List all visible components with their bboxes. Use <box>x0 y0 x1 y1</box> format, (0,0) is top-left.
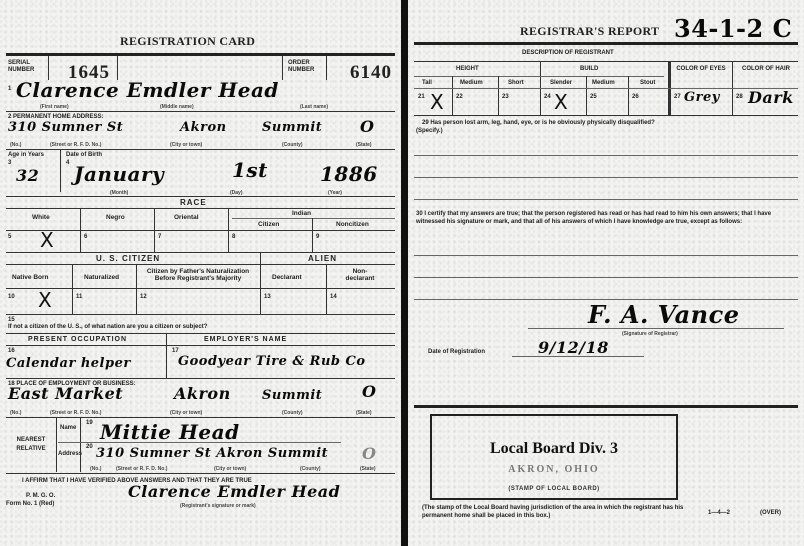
nearest-relative-label: NEAREST RELATIVE <box>8 436 54 454</box>
divider <box>414 61 798 62</box>
field-number: 20 <box>86 444 93 450</box>
field-number: 16 <box>8 348 15 354</box>
serial-label: SERIAL NUMBER <box>8 60 38 74</box>
divider <box>60 150 61 192</box>
build-col: Stout <box>640 80 655 86</box>
divider <box>56 418 57 472</box>
height-heading: HEIGHT <box>456 66 479 72</box>
stamp-instructions: (The stamp of the Local Board having jur… <box>422 504 692 520</box>
build-heading: BUILD <box>580 66 598 72</box>
divider <box>414 115 798 116</box>
divider <box>414 405 798 408</box>
field-number: 21 <box>418 94 425 100</box>
race-col: White <box>32 214 50 221</box>
dob-label: Date of Birth <box>66 152 102 158</box>
divider <box>6 288 395 289</box>
divider <box>498 76 499 115</box>
caption: (State) <box>356 142 372 148</box>
relative-address: 310 Sumner St Akron Summit <box>96 446 328 461</box>
caption: (Last name) <box>300 104 328 110</box>
field-number: 19 <box>86 420 93 426</box>
caption: (Street or R. F. D. No.) <box>50 410 101 416</box>
alien-heading: ALIEN <box>308 254 337 263</box>
divider <box>586 76 587 115</box>
field-number: 6 <box>84 234 87 240</box>
divider <box>628 76 629 115</box>
file-number: 34-1-2 C <box>674 14 792 43</box>
caption: (County) <box>300 466 321 472</box>
field-number: 8 <box>232 234 235 240</box>
divider <box>166 334 167 378</box>
field-number: 5 <box>8 234 11 240</box>
citizen-col: Native Born <box>12 274 48 281</box>
nation-question: If not a citizen of the U. S., of what n… <box>8 324 207 330</box>
relative-name-label: Name <box>60 425 76 431</box>
height-col: Tall <box>422 80 432 86</box>
divider <box>6 264 395 265</box>
field-number: 23 <box>502 94 509 100</box>
employment-county: Summit <box>262 388 322 403</box>
divider <box>6 111 395 112</box>
field-number: 10 <box>8 294 15 300</box>
signature-caption: (Signature of Registrar) <box>622 331 678 337</box>
white-checkmark: X <box>40 228 54 252</box>
registrar-signature: F. A. Vance <box>588 300 739 329</box>
divider <box>414 88 798 89</box>
question-29-specify: (Specify.) <box>416 128 443 134</box>
field-number: 4 <box>66 160 69 166</box>
order-number: 6140 <box>350 62 392 84</box>
field-number: 28 <box>736 94 743 100</box>
birth-month: January <box>74 162 164 186</box>
divider <box>6 473 395 474</box>
order-label: ORDER NUMBER <box>288 60 324 74</box>
caption: (No.) <box>10 410 21 416</box>
divider <box>117 56 118 80</box>
divider <box>72 264 73 314</box>
stamp-caption: (STAMP OF LOCAL BOARD) <box>432 486 676 492</box>
birth-day: 1st <box>232 158 268 182</box>
divider <box>6 196 395 197</box>
caption: (First name) <box>40 104 69 110</box>
answer-line <box>414 199 798 200</box>
field-number: 12 <box>140 294 147 300</box>
caption: (State) <box>360 466 376 472</box>
age-value: 32 <box>16 166 39 185</box>
report-title: REGISTRAR'S REPORT <box>520 24 659 39</box>
employment-city: Akron <box>174 384 231 403</box>
relative-state: O <box>362 444 376 463</box>
divider <box>326 56 327 80</box>
caption: (Street or R. F. D. No.) <box>116 466 167 472</box>
height-col: Medium <box>460 80 483 86</box>
employer-heading: EMPLOYER'S NAME <box>204 336 287 343</box>
card-title: REGISTRATION CARD <box>120 34 255 49</box>
caption: (Street or R. F. D. No.) <box>50 142 101 148</box>
us-citizen-heading: U. S. CITIZEN <box>96 254 160 263</box>
relative-address-label: Address <box>58 451 82 457</box>
field-number: 14 <box>330 294 337 300</box>
build-col: Medium <box>592 80 615 86</box>
signature-line <box>528 328 784 329</box>
eye-color: Grey <box>684 90 720 105</box>
registrant-name: Clarence Emdler Head <box>16 78 279 102</box>
caption: (No.) <box>90 466 101 472</box>
divider <box>6 314 395 315</box>
description-heading: DESCRIPTION OF REGISTRANT <box>522 50 614 56</box>
slender-checkmark: X <box>554 90 568 114</box>
employment-state: O <box>362 382 376 401</box>
divider <box>6 252 395 253</box>
answer-line <box>414 155 798 156</box>
form-number: Form No. 1 (Red) <box>6 501 54 507</box>
field-number: 15 <box>8 317 15 323</box>
race-col: Indian <box>292 210 311 217</box>
home-street: 310 Sumner St <box>8 120 123 135</box>
divider <box>6 230 395 231</box>
field-number: 3 <box>8 160 11 166</box>
stamp-city: AKRON, OHIO <box>432 464 676 475</box>
caption: (City or town) <box>170 142 202 148</box>
race-subcol: Citizen <box>258 221 279 228</box>
divider <box>80 418 81 472</box>
caption: (County) <box>282 410 303 416</box>
stamp-board: Local Board Div. 3 <box>432 440 676 458</box>
height-col: Short <box>508 80 524 86</box>
divider <box>6 149 395 150</box>
occupation-value: Calendar helper <box>6 356 131 371</box>
employer-value: Goodyear Tire & Rub Co <box>178 354 366 369</box>
race-subcol: Noncitizen <box>336 221 369 228</box>
caption: (City or town) <box>170 410 202 416</box>
form-code: P. M. G. O. <box>26 493 55 499</box>
field-number: 9 <box>316 234 319 240</box>
field-number: 7 <box>158 234 161 240</box>
divider <box>6 417 395 418</box>
field-number: 11 <box>76 294 82 300</box>
alien-col: Non-declarant <box>340 268 380 282</box>
field-number: 25 <box>590 94 597 100</box>
home-state: O <box>360 117 374 136</box>
birth-year: 1886 <box>320 162 378 186</box>
registration-date: 9/12/18 <box>538 338 609 357</box>
divider <box>326 264 327 314</box>
divider <box>232 218 395 219</box>
field-number: 24 <box>544 94 551 100</box>
registration-card-back: REGISTRAR'S REPORT 34-1-2 C DESCRIPTION … <box>408 0 804 546</box>
divider <box>260 252 261 314</box>
tall-checkmark: X <box>430 90 444 114</box>
hair-heading: COLOR OF HAIR <box>738 66 794 73</box>
divider <box>6 333 395 334</box>
date-line <box>512 356 644 357</box>
race-heading: RACE <box>180 198 207 207</box>
registrant-signature: Clarence Emdler Head <box>128 482 340 501</box>
certification-30: 30 I certify that my answers are true; t… <box>416 210 794 226</box>
divider <box>414 42 798 45</box>
relative-name: Mittie Head <box>100 420 240 444</box>
age-label: Age in Years <box>8 152 44 158</box>
registration-date-label: Date of Registration <box>428 349 485 355</box>
hair-color: Dark <box>748 88 794 107</box>
native-born-checkmark: X <box>38 288 52 312</box>
home-city: Akron <box>180 120 227 135</box>
caption: (County) <box>282 142 303 148</box>
caption: (State) <box>356 410 372 416</box>
occupation-heading: PRESENT OCCUPATION <box>28 336 127 343</box>
caption: (City or town) <box>214 466 246 472</box>
signature-caption: (Registrant's signature or mark) <box>180 503 256 509</box>
race-col: Oriental <box>174 214 199 221</box>
race-col: Negro <box>106 214 125 221</box>
answer-line <box>414 177 798 178</box>
field-number: 13 <box>264 294 271 300</box>
field-number: 1 <box>8 86 11 92</box>
divider <box>282 56 283 80</box>
employment-street: East Market <box>8 384 123 403</box>
form-code: 1—4—2 <box>708 510 730 516</box>
citizen-col: Citizen by Father's Naturalization Befor… <box>142 268 254 282</box>
divider <box>6 53 395 56</box>
divider <box>312 218 313 252</box>
divider <box>452 76 453 115</box>
local-board-stamp-box: Local Board Div. 3 AKRON, OHIO (STAMP OF… <box>430 414 678 500</box>
over-label: (OVER) <box>760 510 781 516</box>
divider <box>6 208 395 209</box>
alien-col: Declarant <box>272 274 302 281</box>
field-number: 22 <box>456 94 463 100</box>
caption: (Middle name) <box>160 104 194 110</box>
caption: (No.) <box>10 142 21 148</box>
question-29: 29 Has person lost arm, leg, hand, eye, … <box>422 120 655 126</box>
field-number: 27 <box>674 94 681 100</box>
registration-card-front: REGISTRATION CARD SERIAL NUMBER 1645 ORD… <box>0 0 401 546</box>
eyes-heading: COLOR OF EYES <box>674 66 728 73</box>
answer-line <box>414 255 798 256</box>
field-number: 26 <box>632 94 639 100</box>
divider <box>6 378 395 379</box>
answer-line <box>414 277 798 278</box>
divider <box>48 56 49 80</box>
divider <box>6 345 395 346</box>
home-county: Summit <box>262 120 322 135</box>
citizen-col: Naturalized <box>84 274 119 281</box>
divider <box>136 264 137 314</box>
build-col: Slender <box>550 80 572 86</box>
